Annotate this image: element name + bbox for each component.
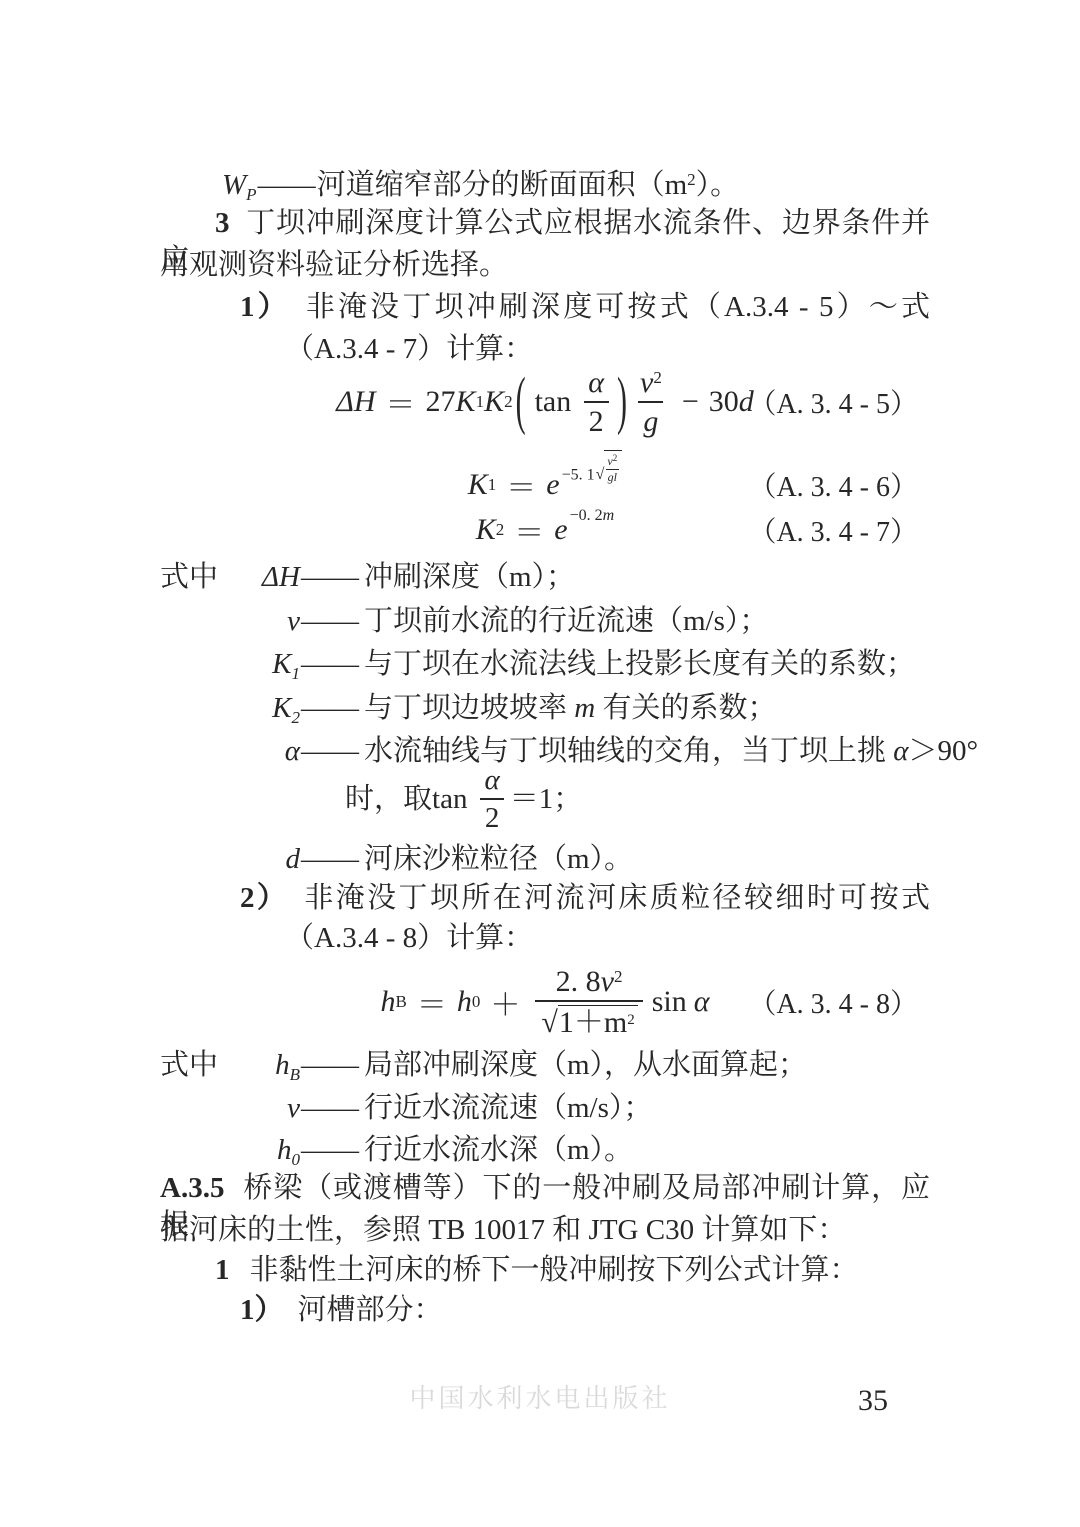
subclause-1-text: 非黏性土河床的桥下一般冲刷按下列公式计算： <box>250 1254 859 1286</box>
page-number: 35 <box>858 1384 888 1418</box>
alpha-over-2-fraction: α2 <box>583 367 609 437</box>
clause-3-number: 3 <box>215 207 230 239</box>
subclause-1-number: 1 <box>215 1254 230 1286</box>
definition-text: 行近水流水深（m）。 <box>360 1132 633 1169</box>
v2-over-g-fraction: v2g <box>635 367 667 437</box>
item-1-text: 非淹没丁坝冲刷深度可按式（A.3.4 - 5）～式 <box>306 291 930 323</box>
definition-dash: —— <box>300 646 360 683</box>
clause-a35-line2: 据河床的土性，参照 TB 10017 和 JTG C30 计算如下： <box>160 1212 846 1249</box>
equals-sign: ＝ <box>506 463 536 507</box>
equals-sign: ＝ <box>417 980 447 1024</box>
definition-dash: —— <box>300 841 360 878</box>
definition-text: 与丁坝在水流法线上投影长度有关的系数； <box>360 646 915 683</box>
v-exponent: 2 <box>613 453 618 463</box>
left-paren: ( <box>516 365 526 438</box>
formula-A347: K2 ＝ e −0. 2m （A. 3. 4 - 7） <box>160 507 930 553</box>
condition-prefix: 时，取 <box>345 781 432 818</box>
item-1-number: 1） <box>240 291 290 323</box>
definition-symbol: K2 <box>252 690 300 736</box>
shizhong-keyword: 式中 <box>160 559 252 596</box>
definition-delta-h: 式中ΔH——冲刷深度（m）； <box>160 559 575 605</box>
radical-sign: √ <box>541 1007 557 1039</box>
wp-symbol: WP <box>222 169 257 201</box>
plus-sign: ＋ <box>490 980 520 1024</box>
publisher-watermark: 中国水利水电出版社 <box>409 1378 670 1415</box>
definition-text: 丁坝前水流的行近流速（m/s）； <box>360 603 768 640</box>
k2-lhs-symbol: K <box>476 513 496 547</box>
k2-subscript: 2 <box>504 392 513 412</box>
subitem-1-number: 1） <box>240 1294 284 1326</box>
item-2-line2: （A.3.4 - 8）计算： <box>285 920 533 957</box>
k1-subscript: 1 <box>476 392 485 412</box>
subclause-1-line: 1非黏性土河床的桥下一般冲刷按下列公式计算： <box>160 1252 859 1289</box>
v-squared: v2 <box>635 367 667 401</box>
definition-text: 冲刷深度（m）； <box>360 559 575 596</box>
definition-hb: 式中hB——局部冲刷深度（m），从水面算起； <box>160 1047 807 1093</box>
document-page: WP——河道缩窄部分的断面面积（m2）。 3丁坝冲刷深度计算公式应根据水流条件、… <box>0 0 1080 1527</box>
h0-symbol: h <box>457 985 472 1019</box>
alpha-symbol: α <box>479 765 504 797</box>
v-exponent: 2 <box>614 967 623 986</box>
alpha-over-2-fraction: α2 <box>479 765 504 833</box>
formula-label-A346: （A. 3. 4 - 6） <box>748 465 918 505</box>
definition-dash: —— <box>300 559 360 596</box>
definition-dash: —— <box>300 733 360 770</box>
radical-body: v2gl <box>604 450 622 484</box>
item-2-number: 2） <box>240 882 288 914</box>
tan-condition-line: 时，取 tanα2＝1； <box>345 770 582 828</box>
formula-A348: hB ＝ h0 ＋ 2. 8v2√1＋m2 sinα （A. 3. 4 - 8） <box>160 958 930 1046</box>
minus-sign: − <box>682 385 699 419</box>
clause-a35-text-cont: 据河床的土性，参照 TB 10017 和 JTG C30 计算如下： <box>160 1214 846 1246</box>
exponent-block: −0. 2m <box>570 507 615 525</box>
hb-subscript: B <box>396 992 407 1012</box>
definition-symbol: α <box>252 733 300 779</box>
fraction-numerator: 2. 8v2 <box>551 966 628 1000</box>
tan-function: tan <box>535 385 572 419</box>
item-2-text: 非淹没丁坝所在河流河床质粒径较细时可按式 <box>304 882 930 914</box>
equals-sign: ＝ <box>386 380 416 424</box>
wp-definition-text: 河道缩窄部分的断面面积（m <box>317 169 688 201</box>
alpha-symbol: α <box>583 367 609 401</box>
k1-lhs-subscript: 1 <box>488 475 497 495</box>
exponent-block: −5. 1√v2gl <box>562 450 623 484</box>
radical-body: 1＋m2 <box>558 1005 638 1039</box>
wp-unit-superscript: 2 <box>687 170 696 189</box>
definition-text: 与丁坝边坡坡率 m 有关的系数； <box>360 690 776 727</box>
m-exponent: 2 <box>627 1012 635 1028</box>
definition-symbol: v <box>252 603 300 649</box>
equals-sign: ＝ <box>514 508 544 552</box>
formula-label-A345: （A. 3. 4 - 5） <box>748 382 918 422</box>
formula-label-A348: （A. 3. 4 - 8） <box>748 982 918 1022</box>
definition-symbol: v <box>252 1090 300 1136</box>
item-1-line1: 1）非淹没丁坝冲刷深度可按式（A.3.4 - 5）～式 <box>160 289 930 326</box>
condition-suffix: ＝1； <box>510 781 583 818</box>
definition-symbol: K1 <box>252 646 300 692</box>
right-paren: ) <box>617 365 627 438</box>
alpha-symbol: α <box>694 985 710 1019</box>
gl-denominator: gl <box>606 469 619 484</box>
coefficient-27: 27 <box>426 385 456 419</box>
definition-v: v——丁坝前水流的行近流速（m/s）； <box>160 603 768 649</box>
wp-definition-tail: ）。 <box>696 169 740 201</box>
denominator-2: 2 <box>480 798 505 833</box>
definition-symbol: ΔH <box>252 559 300 605</box>
definition-k1: K1——与丁坝在水流法线上投影长度有关的系数； <box>160 646 915 692</box>
tan-function: tan <box>432 781 467 818</box>
delta-h-symbol: ΔH <box>336 385 375 419</box>
hb-symbol: h <box>381 985 396 1019</box>
fraction-denominator: √1＋m2 <box>535 1000 642 1039</box>
exponent-value: −0. 2 <box>570 507 603 524</box>
coefficient-30: 30 <box>709 385 739 419</box>
item-2-text-cont: （A.3.4 - 8）计算： <box>285 922 533 954</box>
sin-function: sin <box>652 985 687 1019</box>
k1-symbol: K <box>456 385 476 419</box>
subitem-1-text: 河槽部分： <box>298 1294 443 1326</box>
v-symbol: v <box>640 366 653 399</box>
radical-sign: √ <box>596 466 605 484</box>
definition-text: 河床沙粒粒径（m）。 <box>360 841 633 878</box>
definition-dash: —— <box>300 1132 360 1169</box>
definition-text: 行近水流流速（m/s）； <box>360 1090 652 1127</box>
e-base: e <box>554 513 567 547</box>
e-base: e <box>546 468 559 502</box>
scour-fraction: 2. 8v2√1＋m2 <box>535 966 642 1038</box>
shizhong-keyword: 式中 <box>160 1047 252 1084</box>
radical: √v2gl <box>596 450 623 484</box>
definition-dash: —— <box>300 603 360 640</box>
v-symbol: v <box>601 965 614 998</box>
v-exponent: 2 <box>653 368 662 387</box>
denominator-2: 2 <box>584 401 609 438</box>
definition-text: 水流轴线与丁坝轴线的交角，当丁坝上挑 α＞90° <box>360 733 978 770</box>
v2-over-gl-minifraction: v2gl <box>605 454 619 484</box>
definition-symbol: hB <box>252 1047 300 1093</box>
wp-symbol-subscript: P <box>246 185 256 204</box>
clause-3-text-cont: 用观测资料验证分析选择。 <box>160 249 508 281</box>
definition-v2: v——行近水流流速（m/s）； <box>160 1090 652 1136</box>
g-symbol: g <box>638 401 663 438</box>
definition-dash: —— <box>300 1047 360 1084</box>
definition-text: 局部冲刷深度（m），从水面算起； <box>360 1047 807 1084</box>
mini-numerator: v2 <box>605 454 619 469</box>
definition-k2: K2——与丁坝边坡坡率 m 有关的系数； <box>160 690 776 736</box>
exponent-coefficient: −5. 1 <box>562 466 595 483</box>
k2-lhs-subscript: 2 <box>496 520 505 540</box>
h0-subscript: 0 <box>472 992 481 1012</box>
wp-symbol-letter: W <box>222 169 246 201</box>
m-symbol: m <box>603 507 615 524</box>
clause-a35-number: A.3.5 <box>160 1172 224 1204</box>
definition-dash: —— <box>300 1090 360 1127</box>
subitem-1-line: 1）河槽部分： <box>160 1292 443 1329</box>
radical: √1＋m2 <box>541 1005 637 1039</box>
definition-dash: —— <box>257 169 317 201</box>
clause-3-line2: 用观测资料验证分析选择。 <box>160 247 508 284</box>
item-2-line1: 2）非淹没丁坝所在河流河床质粒径较细时可按式 <box>160 880 930 917</box>
k2-symbol: K <box>484 385 504 419</box>
formula-label-A347: （A. 3. 4 - 7） <box>748 510 918 550</box>
formula-A345: ΔH ＝ 27K1K2 ( tan α2 ) v2g − 30d （A. 3. … <box>160 360 930 444</box>
k1-lhs-symbol: K <box>468 468 488 502</box>
definition-dash: —— <box>300 690 360 727</box>
